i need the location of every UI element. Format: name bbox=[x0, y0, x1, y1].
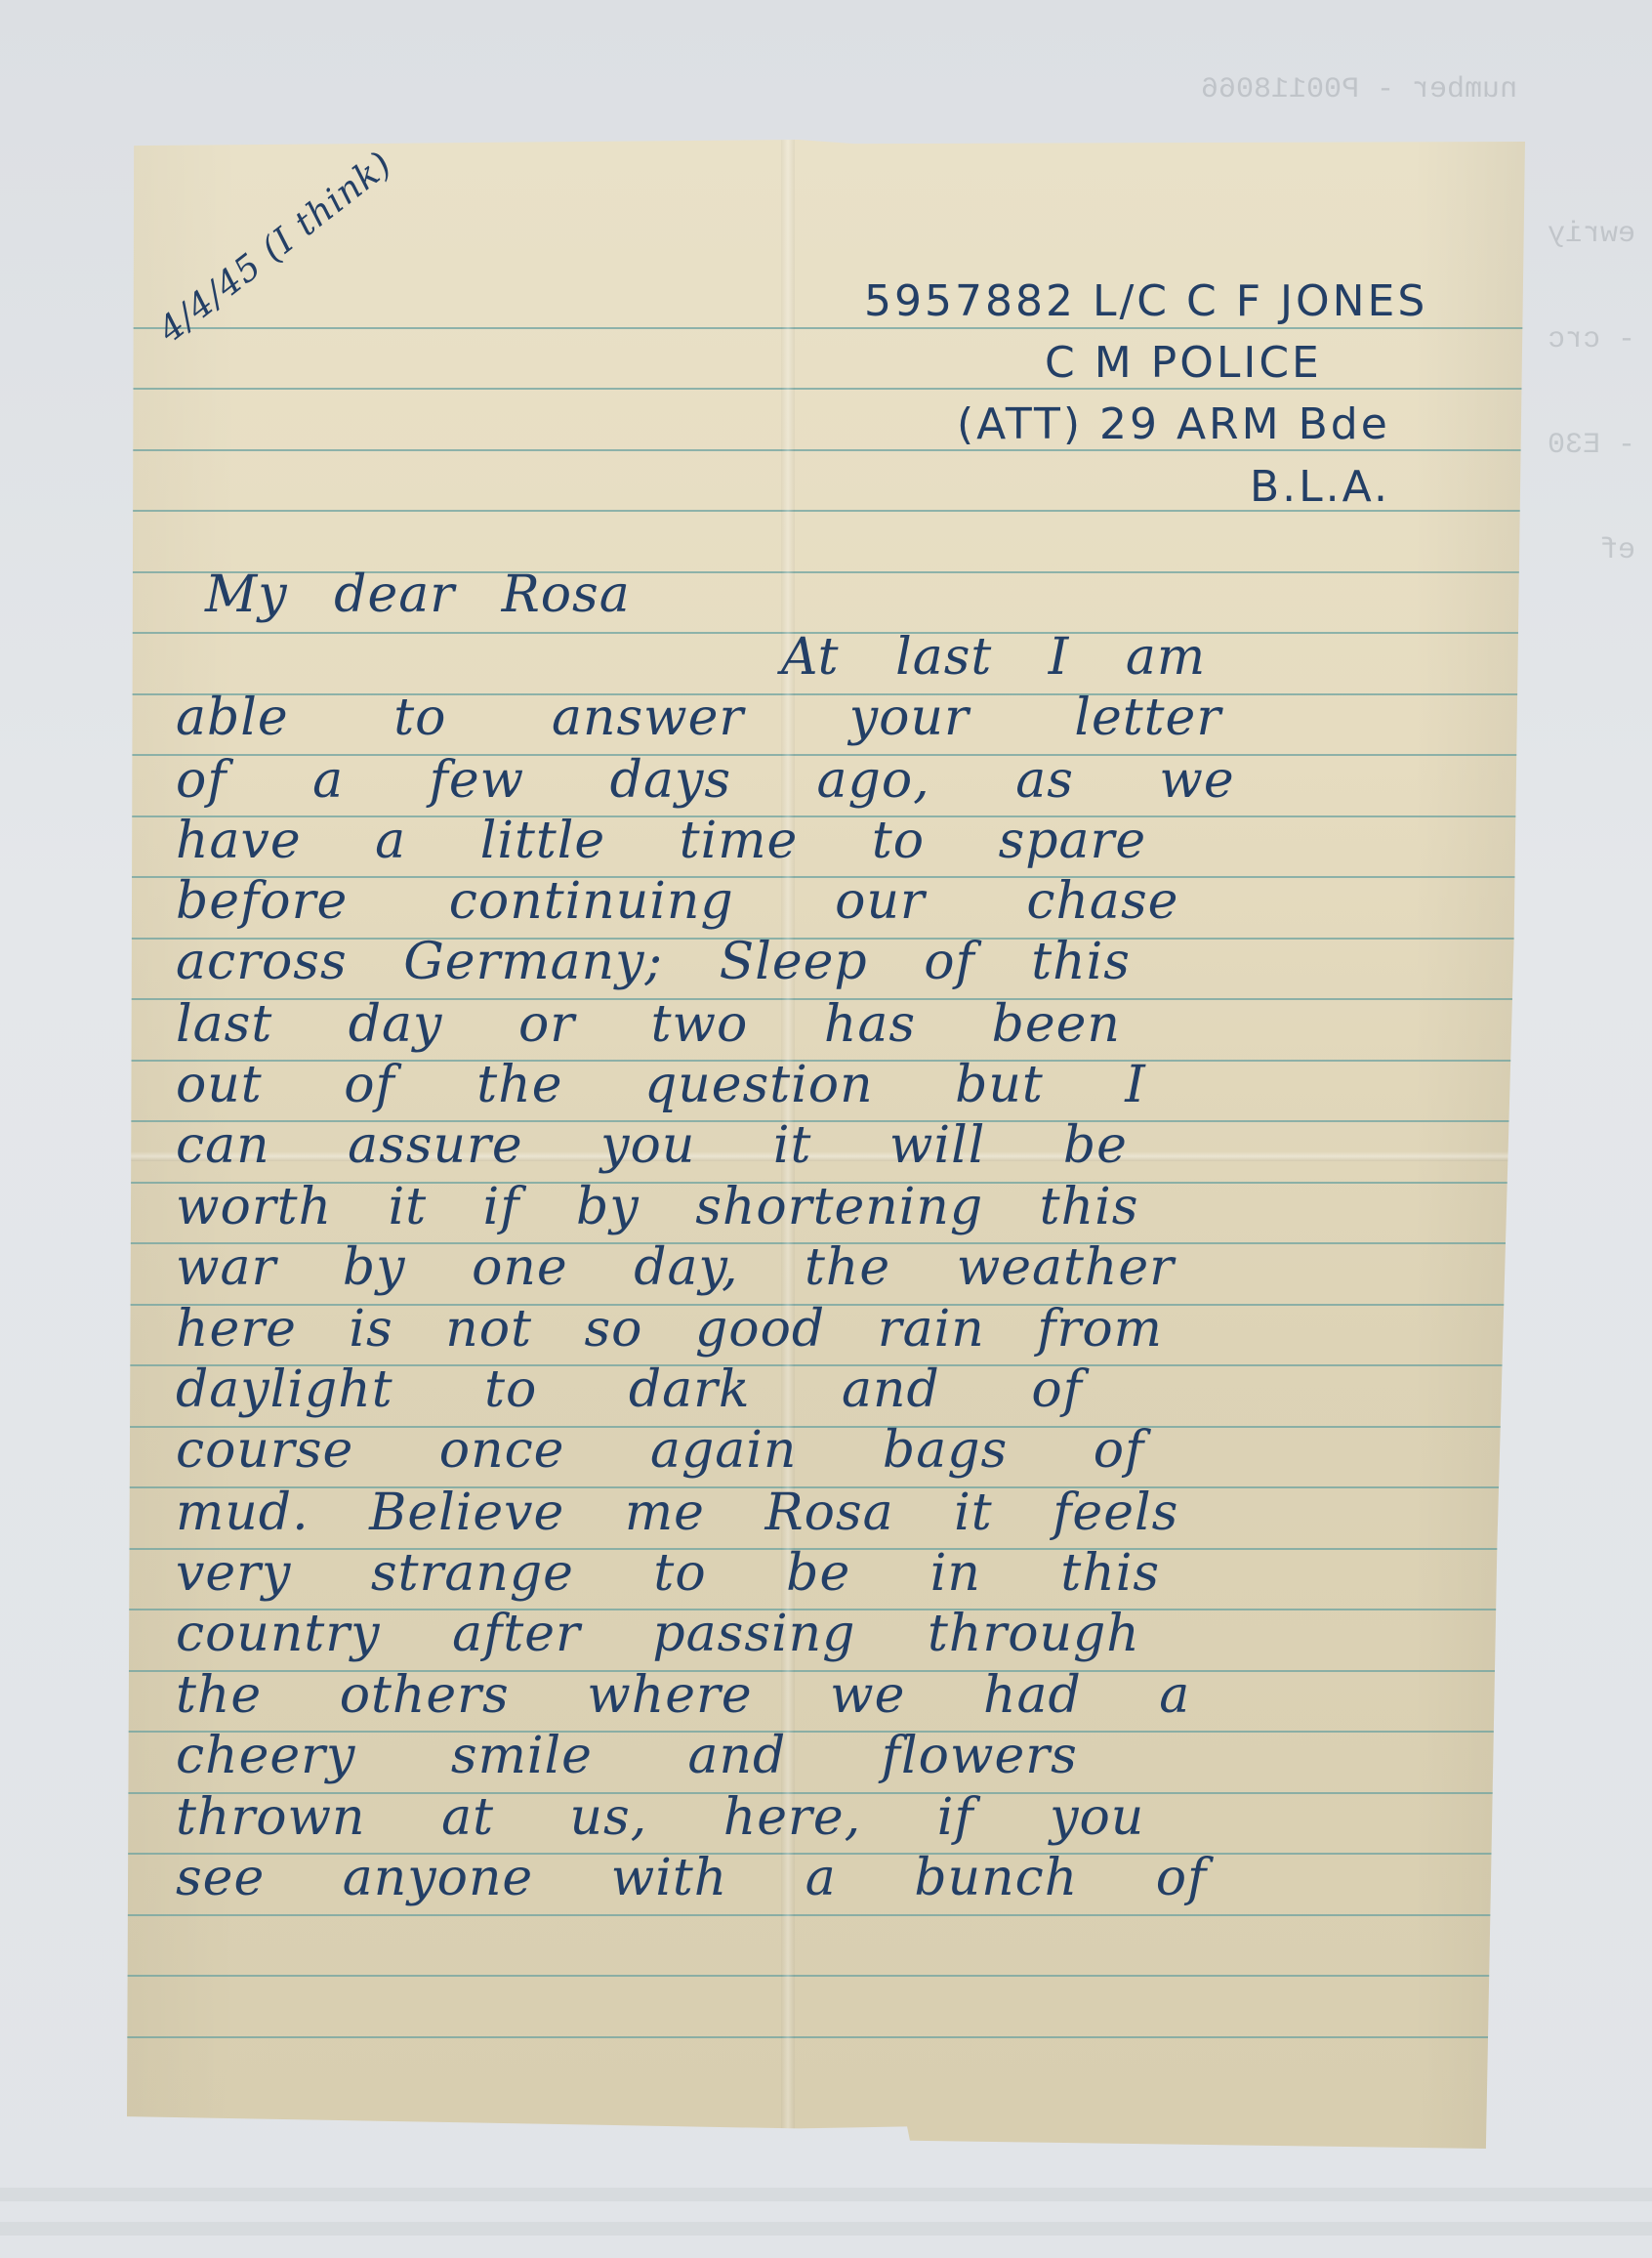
body-line: have a little time to spare bbox=[176, 812, 1146, 870]
body-line: see anyone with a bunch of bbox=[176, 1849, 1207, 1907]
ruled-line bbox=[127, 1975, 1525, 1977]
ruled-line bbox=[127, 2036, 1525, 2038]
bg-faint-line bbox=[0, 2222, 1652, 2236]
body-line: can assure you it will be bbox=[176, 1116, 1128, 1175]
body-line: here is not so good rain from bbox=[176, 1300, 1163, 1359]
body-line: able to answer your letter bbox=[176, 689, 1221, 747]
body-line: before continuing our chase bbox=[176, 872, 1178, 931]
date-note: 4/4/45 (I think) bbox=[151, 144, 400, 351]
body-line: course once again bags of bbox=[176, 1421, 1144, 1480]
bg-print-line: ewriy bbox=[1548, 217, 1635, 252]
salutation: My dear Rosa bbox=[205, 565, 631, 624]
body-line: country after passing through bbox=[176, 1605, 1140, 1663]
body-line: out of the question but I bbox=[176, 1056, 1146, 1114]
bg-faint-line bbox=[0, 2188, 1652, 2201]
body-line: across Germany; Sleep of this bbox=[176, 933, 1131, 991]
sender-service-line: 5957882 L/C C F JONES bbox=[864, 276, 1427, 326]
bg-print-line: - crc bbox=[1548, 322, 1635, 357]
body-line: war by one day, the weather bbox=[176, 1238, 1175, 1297]
sender-force-line: B.L.A. bbox=[1250, 462, 1390, 512]
body-line: worth it if by shortening this bbox=[176, 1178, 1138, 1236]
bg-print-line: number - P00118066 bbox=[1201, 72, 1517, 107]
body-line: cheery smile and flowers bbox=[176, 1727, 1078, 1785]
body-line: daylight to dark and of bbox=[176, 1360, 1083, 1419]
ruled-line bbox=[127, 449, 1525, 451]
body-line: of a few days ago, as we bbox=[176, 751, 1235, 810]
sender-attachment-line: (ATT) 29 ARM Bde bbox=[957, 399, 1390, 449]
letter-paper: 4/4/45 (I think) 5957882 L/C C F JONES C… bbox=[127, 140, 1525, 2149]
ruled-line bbox=[127, 327, 1525, 329]
body-line: very strange to be in this bbox=[176, 1544, 1160, 1603]
bg-print-line: ef bbox=[1548, 533, 1635, 568]
body-line: thrown at us, here, if you bbox=[176, 1788, 1144, 1847]
body-line: last day or two has been bbox=[176, 995, 1121, 1054]
body-line: mud. Believe me Rosa it feels bbox=[176, 1484, 1178, 1542]
mirrored-print-text-side: ewriy - crc - E30 ef bbox=[1548, 146, 1635, 639]
body-line: the others where we had a bbox=[176, 1666, 1190, 1725]
ruled-line bbox=[127, 388, 1525, 390]
bg-print-line: - E30 bbox=[1548, 428, 1635, 463]
body-line: At last I am bbox=[781, 628, 1206, 687]
ruled-line bbox=[127, 1914, 1525, 1916]
sender-unit-line: C M POLICE bbox=[1045, 338, 1322, 388]
